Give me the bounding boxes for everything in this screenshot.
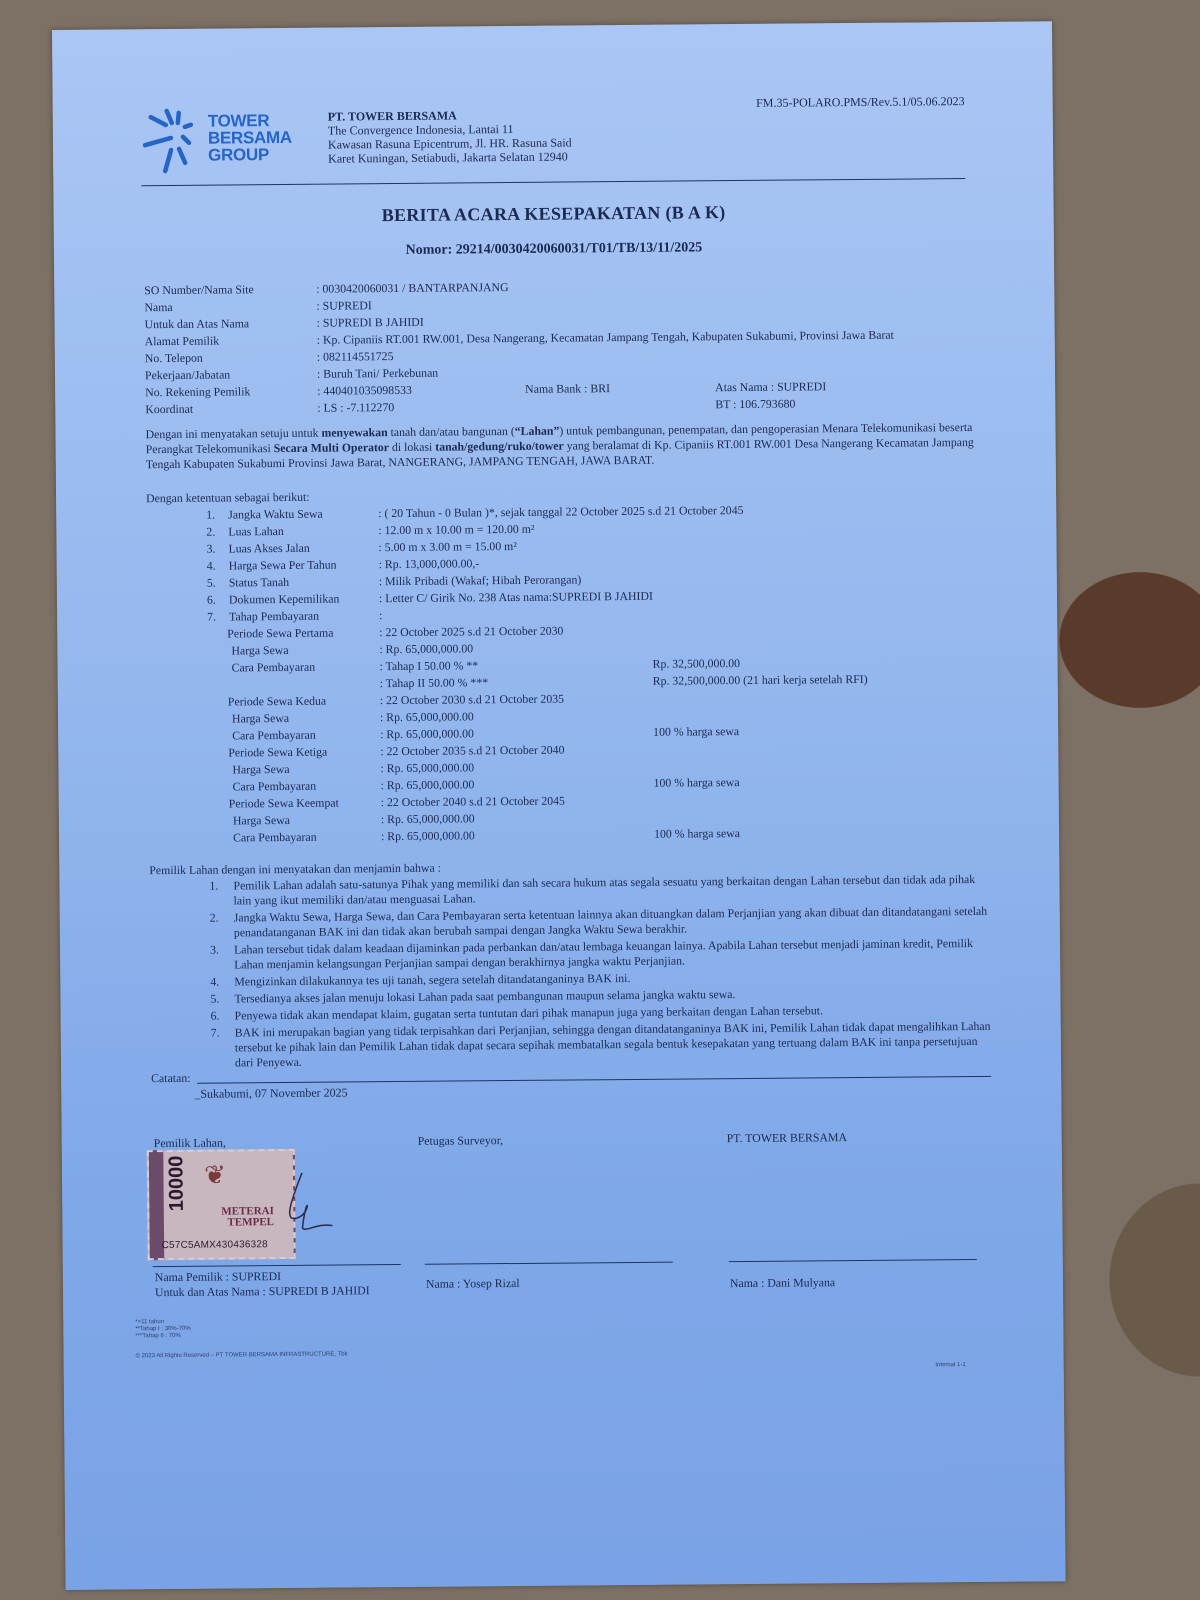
payment-value: : Tahap II 50.00 % *** (380, 674, 489, 692)
term-label: Jangka Waktu Sewa (228, 505, 378, 523)
payment-label: Cara Pembayaran (233, 777, 383, 795)
info-label: Pekerjaan/Jabatan (145, 366, 315, 384)
term-number: 2. (206, 523, 226, 540)
warranty-text: Penyewa tidak akan mendapat klaim, gugat… (235, 1003, 823, 1022)
warranty-list: 1.Pemilik Lahan adalah satu-satunya Piha… (209, 872, 991, 1073)
payment-value: : Rp. 65,000,000.00 (381, 776, 475, 794)
document-page: TOWER BERSAMA GROUP PT. TOWER BERSAMA Th… (52, 21, 1066, 1590)
company-signature-heading: PT. TOWER BERSAMA (727, 1130, 847, 1146)
period-range: : 22 October 2040 s.d 21 October 2045 (381, 793, 565, 812)
warranty-number: 7. (211, 1026, 220, 1041)
price-value: : Rp. 65,000,000.00 (380, 708, 474, 726)
price-label: Harga Sewa (231, 641, 381, 659)
term-label: Dokumen Kepemilikan (229, 590, 379, 608)
term-value: : 5.00 m x 3.00 m = 15.00 m² (378, 538, 516, 556)
address-line: Karet Kuningan, Setiabudi, Jakarta Selat… (328, 149, 572, 165)
info-value: : SUPREDI B JAHIDI (316, 314, 423, 332)
info-label: Nama (144, 298, 314, 316)
statement-text: tanah dan/atau bangunan ( (388, 424, 515, 439)
warranty-number: 2. (210, 911, 219, 926)
payment-label: Cara Pembayaran (233, 828, 383, 846)
price-label: Harga Sewa (233, 811, 383, 829)
warranty-number: 3. (210, 943, 219, 958)
info-label: Koordinat (145, 400, 315, 418)
info-label: Untuk dan Atas Nama (145, 315, 315, 333)
place-date: _Sukabumi, 07 November 2025 (194, 1085, 347, 1101)
payment-value: : Rp. 65,000,000.00 (380, 725, 474, 743)
payment-note: Rp. 32,500,000.00 (652, 655, 740, 673)
period-label: Periode Sewa Keempat (229, 794, 379, 812)
notes-label: Catatan: (151, 1071, 190, 1086)
statement-text: Dengan ini menyatakan setuju untuk (145, 426, 321, 442)
period-label: Periode Sewa Kedua (228, 692, 378, 710)
price-value: : Rp. 65,000,000.00 (380, 759, 474, 777)
account-holder: Atas Nama : SUPREDI (715, 378, 826, 396)
terms-heading: Dengan ketentuan sebagai berikut: (146, 490, 310, 506)
logo-line-group: GROUP (208, 146, 292, 164)
warranty-number: 4. (210, 975, 219, 990)
stamp-value: 10000 (165, 1153, 189, 1213)
form-code: FM.35-POLARO.PMS/Rev.5.1/05.06.2023 (756, 94, 965, 111)
surveyor-signature-heading: Petugas Surveyor, (418, 1133, 504, 1149)
payment-note: 100 % harga sewa (654, 825, 740, 843)
owner-on-behalf: Untuk dan Atas Nama : SUPREDI B JAHIDI (155, 1283, 370, 1300)
warranty-text: BAK ini merupakan bagian yang tidak terp… (235, 1019, 991, 1070)
statement-bold: tanah/gedung/ruko/tower (435, 439, 564, 454)
payment-value: : Rp. 65,000,000.00 (381, 827, 475, 845)
term-label: Tahap Pembayaran (229, 607, 379, 625)
company-signature-line (729, 1259, 977, 1262)
term-number: 1. (206, 506, 226, 523)
document-title: BERITA ACARA KESEPAKATAN (B A K) (54, 199, 1054, 229)
warranty-number: 1. (209, 879, 218, 894)
term-label: Harga Sewa Per Tahun (229, 556, 379, 574)
info-value: : 082114551725 (317, 348, 394, 366)
logo-wordmark: TOWER BERSAMA GROUP (208, 112, 292, 164)
statement-bold: Secara Multi Operator (274, 440, 389, 455)
price-label: Harga Sewa (232, 709, 382, 727)
term-number: 6. (207, 591, 227, 608)
period-range: : 22 October 2030 s.d 21 October 2035 (380, 691, 564, 710)
warranty-item: 1.Pemilik Lahan adalah satu-satunya Piha… (209, 872, 989, 909)
surveyor-name: Nama : Yosep Rizal (426, 1276, 520, 1292)
period-label: Periode Sewa Pertama (227, 624, 377, 642)
price-label: Harga Sewa (232, 760, 382, 778)
term-value: : Letter C/ Girik No. 238 Atas nama:SUPR… (379, 588, 653, 607)
classification-label: Internal 1-1 (935, 1362, 965, 1368)
info-value: : 0030420060031 / BANTARPANJANG (316, 279, 508, 298)
warranty-text: Jangka Waktu Sewa, Harga Sewa, dan Cara … (234, 904, 987, 940)
info-label: No. Rekening Pemilik (145, 383, 315, 401)
longitude: BT : 106.793680 (715, 396, 795, 414)
stamp-code: C57C5AMX430436328 (162, 1239, 268, 1251)
term-number: 5. (207, 574, 227, 591)
copyright: © 2023 All Rights Reserved – PT TOWER BE… (136, 1351, 348, 1359)
bank-name: Nama Bank : BRI (525, 380, 610, 398)
garuda-emblem-icon: ❦ (204, 1160, 226, 1191)
info-label: Alamat Pemilik (145, 332, 315, 350)
payment-label: Cara Pembayaran (232, 726, 382, 744)
warranty-text: Lahan tersebut tidak dalam keadaan dijam… (234, 936, 973, 971)
info-value: : 440401035098533 (317, 382, 412, 400)
price-value: : Rp. 65,000,000.00 (381, 810, 475, 828)
logo-line-bersama: BERSAMA (208, 129, 292, 147)
info-label: SO Number/Nama Site (144, 281, 314, 299)
term-value: : ( 20 Tahun - 0 Bulan )*, sejak tanggal… (378, 502, 743, 522)
term-number: 3. (206, 540, 226, 557)
info-value: : SUPREDI (316, 297, 372, 314)
info-label: No. Telepon (145, 349, 315, 367)
agreement-statement: Dengan ini menyatakan setuju untuk menye… (145, 420, 975, 472)
warranty-number: 5. (210, 992, 219, 1007)
term-value: : (379, 607, 382, 624)
surveyor-signature-line (425, 1262, 673, 1265)
payment-note: Rp. 32,500,000.00 (21 hari kerja setelah… (653, 671, 868, 690)
period-range: : 22 October 2035 s.d 21 October 2040 (380, 742, 564, 761)
price-value: : Rp. 65,000,000.00 (379, 640, 473, 658)
term-value: : Milik Pribadi (Wakaf; Hibah Perorangan… (379, 571, 582, 590)
term-value: : 12.00 m x 10.00 m = 120.00 m² (378, 521, 534, 539)
statement-text: di lokasi (389, 440, 435, 454)
owner-signature-line (153, 1264, 401, 1267)
owner-name-block: Nama Pemilik : SUPREDI Untuk dan Atas Na… (155, 1268, 370, 1300)
warranty-item: 3.Lahan tersebut tidak dalam keadaan dij… (210, 936, 990, 973)
notes-line (197, 1076, 991, 1084)
term-value: : Rp. 13,000,000.00,- (379, 555, 480, 573)
footnotes: *>11 tahun **Tahap I : 30%-70% ***Tahap … (135, 1319, 191, 1340)
period-range: : 22 October 2025 s.d 21 October 2030 (379, 623, 563, 642)
warranty-item: 7.BAK ini merupakan bagian yang tidak te… (211, 1019, 991, 1071)
term-number: 7. (207, 608, 227, 625)
terms-list: 1.Jangka Waktu Sewa: ( 20 Tahun - 0 Bula… (206, 507, 209, 847)
term-number: 4. (207, 557, 227, 574)
owner-info-table: SO Number/Nama Site: 0030420060031 / BAN… (144, 282, 145, 418)
warranty-text: Tersedianya akses jalan menuju lokasi La… (234, 987, 735, 1005)
warranty-number: 6. (211, 1009, 220, 1024)
payment-value: : Tahap I 50.00 % ** (379, 657, 478, 675)
term-label: Status Tanah (229, 573, 379, 591)
period-label: Periode Sewa Ketiga (228, 743, 378, 761)
payment-note: 100 % harga sewa (654, 774, 740, 792)
statement-bold: menyewakan (321, 425, 387, 440)
company-address-block: PT. TOWER BERSAMA The Convergence Indone… (328, 107, 572, 165)
document-number: Nomor: 29214/0030420060031/T01/TB/13/11/… (54, 237, 1054, 262)
header-divider (141, 178, 965, 186)
term-label: Luas Lahan (228, 522, 378, 540)
statement-bold: “Lahan” (515, 424, 560, 438)
payment-label: Cara Pembayaran (231, 658, 381, 676)
company-rep-name: Nama : Dani Mulyana (730, 1275, 835, 1291)
warranty-heading: Pemilik Lahan dengan ini menyatakan dan … (149, 861, 441, 879)
logo-line-tower: TOWER (208, 112, 292, 130)
footnote: ***Tahap II : 70% (135, 1333, 190, 1340)
signature-scribble-icon (262, 1168, 343, 1239)
info-value: : Buruh Tani/ Perkebunan (317, 365, 438, 383)
info-value: : Kp. Cipaniis RT.001 RW.001, Desa Nange… (317, 327, 894, 349)
payment-note: 100 % harga sewa (653, 723, 739, 741)
warranty-item: 2.Jangka Waktu Sewa, Harga Sewa, dan Car… (210, 904, 990, 941)
latitude: : LS : -7.112270 (317, 399, 394, 417)
warranty-text: Pemilik Lahan adalah satu-satunya Pihak … (233, 872, 975, 907)
warranty-text: Mengizinkan dilakukannya tes uji tanah, … (234, 971, 630, 988)
term-label: Luas Akses Jalan (228, 539, 378, 557)
